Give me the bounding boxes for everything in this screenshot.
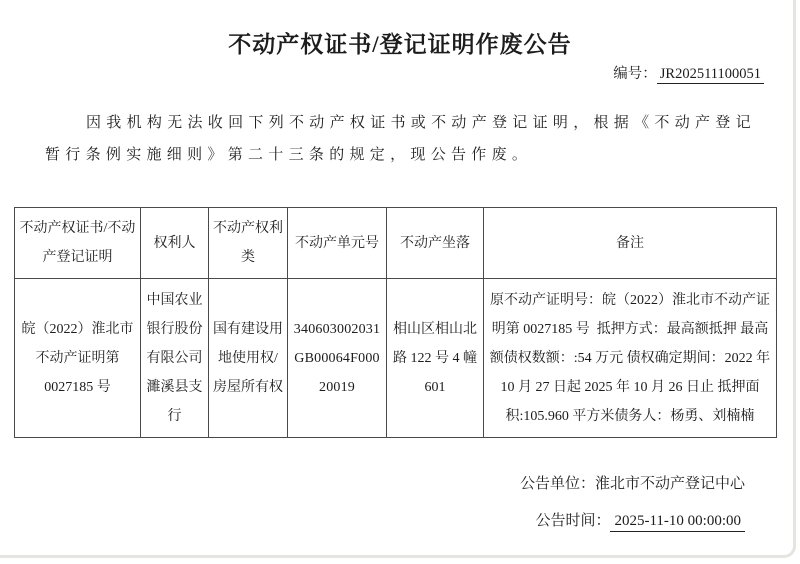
- serial-line: 编号：JR202511100051: [613, 62, 764, 83]
- serial-label: 编号：: [613, 66, 657, 82]
- page-title: 不动产权证书/登记证明作废公告: [0, 26, 800, 59]
- notice-paragraph-line-2: 暂行条例实施细则》第二十三条的规定，现公告作废。: [45, 139, 760, 171]
- cell-holder: 中国农业银行股份有限公司濉溪县支行: [141, 279, 209, 438]
- serial-value: JR202511100051: [657, 66, 764, 84]
- announce-time-label: 公告时间：: [535, 513, 610, 529]
- col-header-remarks: 备注: [484, 208, 777, 279]
- cell-right-type: 国有建设用地使用权/房屋所有权: [209, 279, 288, 438]
- table-row: 皖（2022）淮北市不动产证明第 0027185 号 中国农业银行股份有限公司濉…: [15, 279, 777, 438]
- col-header-location: 不动产坐落: [387, 208, 484, 279]
- certificates-table: 不动产权证书/不动产登记证明 权利人 不动产权利类 不动产单元号 不动产坐落 备…: [14, 207, 777, 438]
- notice-footer: 公告单位：淮北市不动产登记中心 公告时间：2025-11-10 00:00:00: [520, 474, 745, 531]
- announce-unit-value: 淮北市不动产登记中心: [595, 476, 745, 492]
- announce-unit-line: 公告单位：淮北市不动产登记中心: [520, 474, 745, 494]
- cell-certificate: 皖（2022）淮北市不动产证明第 0027185 号: [15, 279, 141, 438]
- cell-location: 相山区相山北路 122 号 4 幢 601: [387, 279, 484, 438]
- cell-remarks: 原不动产证明号：皖（2022）淮北市不动产证明第 0027185 号 抵押方式：…: [484, 279, 777, 438]
- table-header-row: 不动产权证书/不动产登记证明 权利人 不动产权利类 不动产单元号 不动产坐落 备…: [15, 208, 777, 279]
- announce-unit-label: 公告单位：: [520, 476, 595, 492]
- col-header-right-type: 不动产权利类: [209, 208, 288, 279]
- col-header-certificate: 不动产权证书/不动产登记证明: [15, 208, 141, 279]
- col-header-holder: 权利人: [141, 208, 209, 279]
- col-header-unit-number: 不动产单元号: [288, 208, 387, 279]
- notice-page: 不动产权证书/登记证明作废公告 编号：JR202511100051 因我机构无法…: [0, 0, 800, 564]
- announce-time-line: 公告时间：2025-11-10 00:00:00: [520, 511, 745, 531]
- announce-time-value: 2025-11-10 00:00:00: [610, 513, 745, 532]
- notice-paragraph: 因我机构无法收回下列不动产权证书或不动产登记证明，根据《不动产登记 暂行条例实施…: [45, 107, 760, 171]
- notice-paragraph-line-1: 因我机构无法收回下列不动产权证书或不动产登记证明，根据《不动产登记: [45, 107, 760, 139]
- cell-unit-number: 340603002031GB00064F00020019: [288, 279, 387, 438]
